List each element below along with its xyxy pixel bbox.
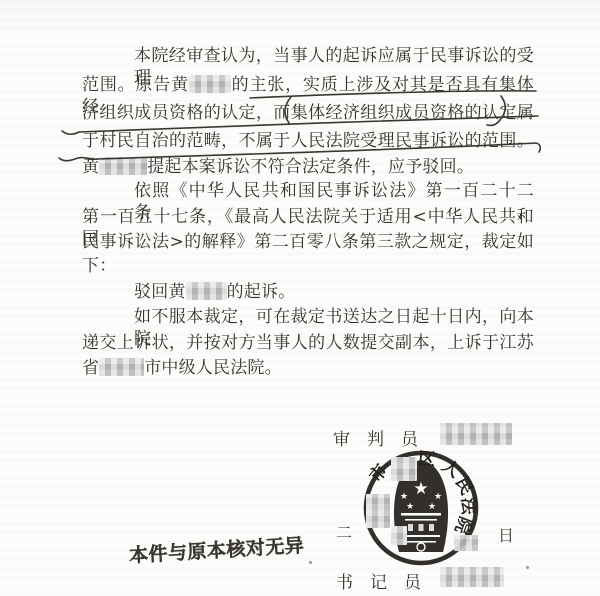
redacted-seal-left (366, 494, 390, 528)
scan-speck (309, 561, 312, 564)
line-text: 省 (82, 358, 99, 378)
seal-rim-char: 法 (457, 497, 483, 515)
scanned-court-ruling-page: 本院经审查认为，当事人的起诉应属于民事诉讼的受理 范围。原告黄的主张，实质上涉及… (0, 0, 600, 596)
verification-stamp: 本件与原本核对无异 (128, 531, 299, 568)
line-text: 的起诉。 (227, 282, 296, 302)
line-text: 提起本案诉讼不符合法定条件，应予驳回。 (147, 157, 474, 177)
seal-rim-char: 区 (417, 444, 437, 471)
body-line-1: 本院经审查认为，当事人的起诉应属于民事诉讼的受理 (82, 45, 534, 67)
redacted-city-name (99, 358, 144, 376)
svg-text:★: ★ (406, 502, 414, 512)
line-text: 民事诉讼法>的解释》第二百零八条第三款之规定，裁定如 (82, 232, 534, 252)
line-text: 于村民自治的范畴，不属于人民法院受理民事诉讼的范围。 (82, 131, 534, 151)
scan-speck (526, 566, 529, 569)
body-line-3: 济组织成员资格的认定，而集体经济组织成员资格的认定属 (82, 102, 534, 124)
redacted-plaintiff-name (99, 157, 147, 175)
date-fragment-left: 二 (336, 520, 352, 543)
redacted-seal-lower (391, 526, 407, 545)
body-line-6: 依照《中华人民共和国民事诉讼法》第一百二十二条、 (82, 180, 534, 202)
line-text: 济组织成员资格的认定，而集体经济组织成员资格的认定属 (82, 103, 534, 123)
line-text: 黄 (82, 157, 99, 177)
body-line-7: 第一百五十七条，《最高人民法院关于适用<中华人民共和国 (82, 206, 534, 228)
svg-text:★: ★ (434, 492, 442, 502)
body-line-2: 范围。原告黄的主张，实质上涉及对其是否具有集体经 (82, 74, 534, 96)
line-text: 驳回黄 (134, 282, 186, 302)
line-text: 下： (82, 256, 116, 276)
body-line-12: 递交上诉状，并按对方当事人的人数提交副本，上诉于江苏 (82, 332, 534, 354)
line-text: 递交上诉状，并按对方当事人的人数提交副本，上诉于江苏 (82, 333, 534, 353)
body-line-13: 省市中级人民法院。 (82, 357, 534, 379)
body-line-8: 民事诉讼法>的解释》第二百零八条第三款之规定，裁定如 (82, 231, 534, 253)
body-line-4: 于村民自治的范畴，不属于人民法院受理民事诉讼的范围。 (82, 130, 534, 152)
body-line-9: 下： (82, 255, 534, 277)
redacted-seal-district (391, 457, 417, 481)
body-line-5: 黄提起本案诉讼不符合法定条件，应予驳回。 (82, 156, 534, 178)
redacted-plaintiff-name (186, 282, 227, 300)
body-line-10: 驳回黄的起诉。 (82, 281, 534, 303)
svg-text:★: ★ (400, 492, 408, 502)
date-fragment-right: 日 (498, 523, 514, 546)
line-text: 市中级人民法院。 (144, 358, 282, 378)
line-text: 范围。原告黄 (82, 75, 189, 95)
svg-text:★: ★ (413, 479, 428, 499)
svg-text:★: ★ (428, 502, 436, 512)
redacted-date-part (454, 535, 478, 551)
body-line-11: 如不服本裁定，可在裁定书送达之日起十日内，向本院 (82, 306, 534, 328)
redacted-plaintiff-name (189, 75, 231, 93)
